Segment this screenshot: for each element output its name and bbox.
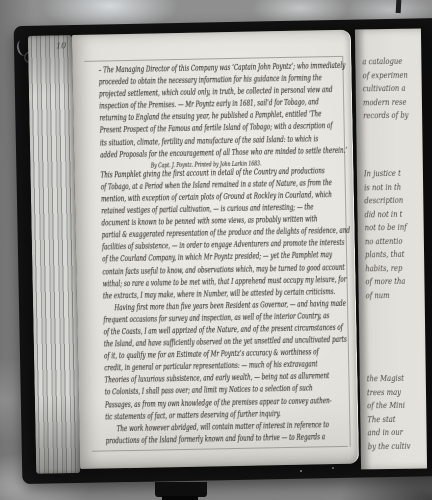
facing-page-line: of more tha [365,276,425,290]
facing-page-line: by the cultiv [368,441,427,455]
facing-page-text-bottom: the Magisttrees mayof the MiniThe statan… [367,373,427,455]
facing-page-line: the Magist [367,373,427,387]
facing-page-line: a catalogue [362,57,422,71]
facing-page-line: cultivation a [363,84,423,98]
manuscript-line: productions of the Island formerly known… [106,433,278,448]
frame-tab [155,482,207,497]
facing-page-line: In justice t [364,169,424,183]
dust-speck [300,470,302,472]
facing-page-line: description [364,196,424,210]
facing-page-line: not to be inf [365,223,425,237]
facing-page: a catalogueof experimencultivation amode… [355,29,427,470]
facing-page-line: and in our [367,427,427,441]
manuscript-page: – The Managing Director of this Company … [72,30,359,469]
facing-page-line: records of by [363,111,423,125]
dust-speck [332,467,334,469]
manuscript-text: – The Managing Director of this Company … [98,61,351,449]
page-number: 10 [56,41,66,50]
facing-page-line: of experimen [363,70,423,84]
facing-page-line: no attentio [365,236,425,250]
facing-page-line: did not in t [364,209,424,223]
facing-page-line: habits, rep [365,263,425,277]
facing-page-text-top: a catalogueof experimencultivation amode… [362,56,427,124]
facing-page-line: of the Mini [367,400,427,414]
facing-page-line: plants, that [365,249,425,263]
frame-tab-edge [162,496,198,500]
facing-page-line: modern rese [363,97,423,111]
facing-page-text-middle: In justice tis not in thdescriptiondid n… [364,168,427,304]
book-frame: 10 – The Managing Director of this Compa… [14,18,432,484]
facing-page-line: is not in th [364,182,424,196]
facing-page-line: trees may [367,387,427,401]
facing-page-line: of num [366,290,426,304]
background-streak [396,0,402,13]
manuscript-photograph: 10 – The Managing Director of this Compa… [0,0,432,500]
facing-page-line: The stat [367,414,427,428]
